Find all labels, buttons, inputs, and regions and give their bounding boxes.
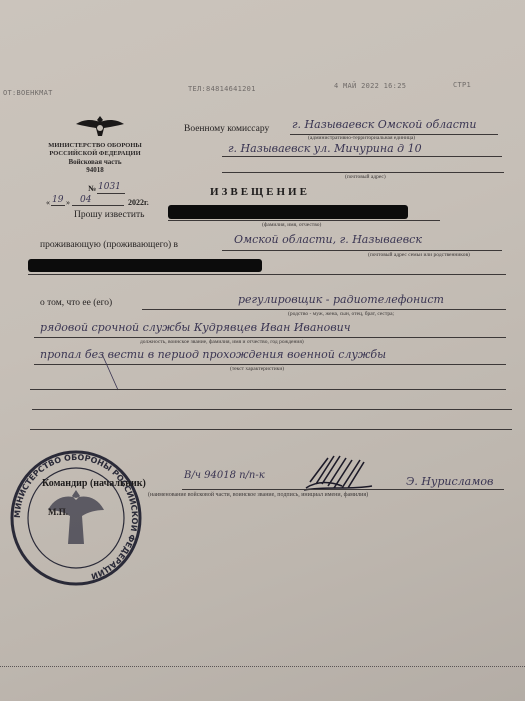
fax-page-separator <box>0 666 525 667</box>
event-value: пропал без вести в период прохождения во… <box>40 348 386 361</box>
official-stamp-icon: МИНИСТЕРСТВО ОБОРОНЫ РОССИЙСКОЙ ФЕДЕРАЦИ… <box>8 448 144 588</box>
doc-number-prefix: № <box>88 184 96 193</box>
person-value: рядовой срочной службы Кудрявцев Иван Ив… <box>40 321 351 334</box>
notify-label: Прошу известить <box>74 210 144 220</box>
date-year: 2022г. <box>128 198 149 207</box>
event-caption: (текст характеристики) <box>230 366 284 372</box>
ministry-line1: МИНИСТЕРСТВО ОБОРОНЫ <box>28 142 162 150</box>
date-month: 04 <box>80 195 91 205</box>
issuer-block: МИНИСТЕРСТВО ОБОРОНЫ РОССИЙСКОЙ ФЕДЕРАЦИ… <box>28 142 162 174</box>
signature-unit: В/ч 94018 п/п-к <box>184 470 265 481</box>
fax-phone: ТЕЛ:84814641201 <box>188 85 256 93</box>
ministry-line2: РОССИЙСКОЙ ФЕДЕРАЦИИ <box>28 150 162 158</box>
addressee-label: Военному комиссару <box>184 124 269 134</box>
eagle-emblem-icon <box>74 114 126 138</box>
signature-label: Командир (начальник) <box>42 478 146 489</box>
redacted-name <box>168 205 408 219</box>
date-day: 19 <box>52 195 63 205</box>
unit-number: 94018 <box>28 166 162 174</box>
unit-label: Войсковая часть <box>28 158 162 166</box>
doc-number: 1031 <box>98 182 121 192</box>
document-title: ИЗВЕЩЕНИЕ <box>210 186 310 198</box>
signature-caption: (наименование войсковой части, воинское … <box>148 492 368 498</box>
addressee-caption: (административно-территориальная единица… <box>308 135 415 141</box>
stamp-place: М.П. <box>48 507 68 517</box>
fax-from: ОТ:ВОЕНКМАТ <box>3 89 53 97</box>
about-label: о том, что ее (его) <box>40 298 112 308</box>
relation-caption: (родство - муж, жена, сын, отец, брат, с… <box>288 311 394 317</box>
signature-name: Э. Нурисламов <box>406 475 493 488</box>
addressee-address: г. Называевск ул. Мичурина д 10 <box>228 142 422 155</box>
addressee-value: г. Называевск Омской области <box>292 118 476 131</box>
relation-value: регулировщик - радиотелефонист <box>238 293 444 306</box>
residing-caption: (почтовый адрес семьи или родственников) <box>368 252 470 258</box>
residing-label: проживающую (проживающего) в <box>40 240 178 250</box>
residing-value: Омской области, г. Называевск <box>234 233 422 246</box>
notify-caption: (фамилия, имя, отчество) <box>262 222 321 228</box>
person-caption: должность, воинское звание, фамилия, имя… <box>140 339 304 345</box>
redacted-address <box>28 259 262 272</box>
fax-page: СТР1 <box>453 81 471 89</box>
address-caption: (почтовый адрес) <box>345 174 386 180</box>
fax-datetime: 4 МАЙ 2022 16:25 <box>334 82 406 90</box>
pen-stroke <box>100 352 120 392</box>
